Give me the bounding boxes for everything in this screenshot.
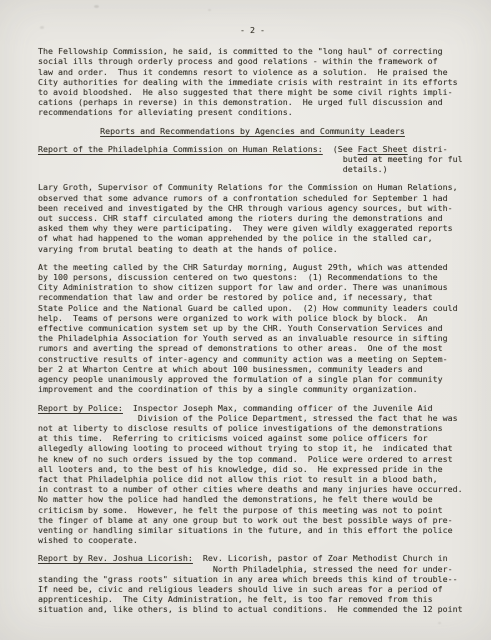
document-page: - 2 - The Fellowship Commission, he said…	[0, 0, 491, 640]
reports-section-heading: Reports and Recommendations by Agencies …	[38, 126, 467, 136]
text-line: not at liberty to disclose results of po…	[38, 423, 467, 433]
text-segment: recommendations for alleviating present …	[38, 107, 293, 117]
text-line: constructive results of inter-agency and…	[38, 354, 467, 364]
text-line: Lary Groth, Supervisor of Community Rela…	[38, 182, 467, 192]
text-segment: all looters and, to the best of his know…	[38, 464, 443, 474]
text-line: Report of the Philadelphia Commission on…	[38, 144, 467, 154]
text-segment: effective communication system set up by…	[38, 323, 443, 333]
text-line: apprenticeship. The City Administration,…	[38, 594, 467, 604]
text-line: social ills through orderly process and …	[38, 56, 467, 66]
text-segment: details.)	[38, 164, 388, 174]
text-segment: criticism by some. However, he felt the …	[38, 505, 443, 515]
text-line: by 100 persons, discussion centered on t…	[38, 272, 467, 282]
text-line: varying from brutal beating to death at …	[38, 244, 467, 254]
fellowship-commission-paragraph: The Fellowship Commission, he said, is c…	[38, 46, 467, 117]
text-segment: The Fellowship Commission, he said, is c…	[38, 46, 443, 56]
text-line: at this time. Referring to criticisms vo…	[38, 433, 467, 443]
text-segment: City Administration to show citizen supp…	[38, 282, 448, 292]
underlined-text-segment: Report by Rev. Joshua Licorish:	[38, 553, 193, 563]
report-by-rev-licorish-paragraph: Report by Rev. Joshua Licorish: Rev. Lic…	[38, 553, 467, 614]
text-segment: constructive results of inter-agency and…	[38, 354, 448, 364]
text-line: to avoid bloodshed. He also suggested th…	[38, 87, 467, 97]
text-segment: observed that some advance rumors of a c…	[38, 193, 448, 203]
text-segment: the finger of blame at any one group but…	[38, 515, 453, 525]
text-line: Report by Police: Inspector Joseph Max, …	[38, 403, 467, 413]
text-segment: ber 2 at Wharton Centre at which about 1…	[38, 364, 423, 374]
text-segment: help. Teams of persons were organized to…	[38, 313, 428, 323]
text-line: At the meeting called by the CHR Saturda…	[38, 262, 467, 272]
scan-speck	[208, 9, 211, 11]
text-segment: of what had happened to the woman appreh…	[38, 233, 433, 243]
text-line: allegedly allowing looting to proceed wi…	[38, 443, 467, 453]
text-segment: situation and, like others, is blind to …	[38, 604, 463, 614]
text-segment: Inspector Joseph Max, commanding officer…	[123, 403, 433, 413]
text-line: he knew of no such orders issued by the …	[38, 454, 467, 464]
underlined-text-segment: Report of the Philadelphia Commission on…	[38, 144, 323, 154]
underlined-text-segment: Report by Police:	[38, 403, 123, 413]
report-chr-heading: Report of the Philadelphia Commission on…	[38, 144, 467, 175]
text-line: venting or handling similar situations i…	[38, 525, 467, 535]
text-segment: varying from brutal beating to death at …	[38, 244, 338, 254]
text-line: City Administration to show citizen supp…	[38, 282, 467, 292]
text-line: buted at meeting for ful	[38, 154, 467, 164]
text-segment: been received and investigated by the CH…	[38, 203, 453, 213]
text-line: of what had happened to the woman appreh…	[38, 233, 467, 243]
text-line: Reports and Recommendations by Agencies …	[38, 126, 467, 136]
text-segment: Division of the Police Department, stres…	[38, 413, 458, 423]
text-segment: At the meeting called by the CHR Saturda…	[38, 262, 448, 272]
text-line: cations (perhaps in reverse) in this dem…	[38, 97, 467, 107]
text-line: standing the "grass roots" situation in …	[38, 574, 467, 584]
text-segment: North Philadelphia, stressed the need fo…	[38, 564, 453, 574]
text-line: No matter how the police had handled the…	[38, 494, 467, 504]
text-segment: improvement and the coordination of this…	[38, 384, 418, 394]
text-line: State Police and the National Guard be c…	[38, 303, 467, 313]
text-line: in contrast to a number of other cities …	[38, 484, 467, 494]
report-by-police-paragraph: Report by Police: Inspector Joseph Max, …	[38, 403, 467, 546]
text-segment: out success. CHR staff circulated among …	[38, 213, 443, 223]
text-line: fact that Philadelphia police did not al…	[38, 474, 467, 484]
text-line: details.)	[38, 164, 467, 174]
text-segment: in contrast to a number of other cities …	[38, 484, 463, 494]
text-line: the Philadelphia Association for Youth s…	[38, 333, 467, 343]
underlined-text-segment: Fact Sheet	[358, 144, 408, 154]
text-line: all looters and, to the best of his know…	[38, 464, 467, 474]
text-line: agency people unanimously approved the f…	[38, 374, 467, 384]
text-line: been received and investigated by the CH…	[38, 203, 467, 213]
text-line: asked them why they were participating. …	[38, 223, 467, 233]
text-segment: at this time. Referring to criticisms vo…	[38, 433, 428, 443]
underlined-text-segment: Reports and Recommendations by Agencies …	[100, 126, 405, 136]
text-segment: not at liberty to disclose results of po…	[38, 423, 443, 433]
text-segment: Lary Groth, Supervisor of Community Rela…	[38, 182, 458, 192]
text-segment: allegedly allowing looting to proceed wi…	[38, 443, 453, 453]
text-segment: cations (perhaps in reverse) in this dem…	[38, 97, 443, 107]
text-line: recommendation that law and order be res…	[38, 292, 467, 302]
text-segment: Rev. Licorish, pastor of Zoar Methodist …	[193, 553, 448, 563]
text-segment: City authorities for dealing with the im…	[38, 77, 458, 87]
text-segment: standing the "grass roots" situation in …	[38, 574, 458, 584]
document-body: The Fellowship Commission, he said, is c…	[38, 46, 467, 614]
text-segment: the Philadelphia Association for Youth s…	[38, 333, 448, 343]
document-text-flow: - 2 - The Fellowship Commission, he said…	[38, 25, 467, 623]
text-line: improvement and the coordination of this…	[38, 384, 467, 394]
text-line: wished to cooperate.	[38, 535, 467, 545]
lary-groth-paragraph: Lary Groth, Supervisor of Community Rela…	[38, 182, 467, 253]
chr-meeting-paragraph: At the meeting called by the CHR Saturda…	[38, 262, 467, 395]
scan-speck	[94, 5, 99, 8]
text-segment: recommendation that law and order be res…	[38, 292, 433, 302]
text-line: observed that some advance rumors of a c…	[38, 193, 467, 203]
text-line: effective communication system set up by…	[38, 323, 467, 333]
text-segment: social ills through orderly process and …	[38, 56, 438, 66]
text-segment: buted at meeting for ful	[38, 154, 463, 164]
text-line: the finger of blame at any one group but…	[38, 515, 467, 525]
text-segment: venting or handling similar situations i…	[38, 525, 453, 535]
text-segment: law and order. Thus it condemns resort t…	[38, 67, 448, 77]
text-segment: apprenticeship. The City Administration,…	[38, 594, 433, 604]
text-line: criticism by some. However, he felt the …	[38, 505, 467, 515]
text-segment: wished to cooperate.	[38, 535, 138, 545]
text-line: Division of the Police Department, stres…	[38, 413, 467, 423]
text-segment: State Police and the National Guard be c…	[38, 303, 458, 313]
text-segment: fact that Philadelphia police did not al…	[38, 474, 438, 484]
text-segment: by 100 persons, discussion centered on t…	[38, 272, 438, 282]
text-line: The Fellowship Commission, he said, is c…	[38, 46, 467, 56]
text-line: If need be, civic and religious leaders …	[38, 584, 467, 594]
text-segment: rumors and averting the spread of demons…	[38, 343, 443, 353]
text-line: Report by Rev. Joshua Licorish: Rev. Lic…	[38, 553, 467, 563]
text-line: rumors and averting the spread of demons…	[38, 343, 467, 353]
text-line: help. Teams of persons were organized to…	[38, 313, 467, 323]
page-number: - 2 -	[38, 25, 467, 35]
text-line: City authorities for dealing with the im…	[38, 77, 467, 87]
text-segment: No matter how the police had handled the…	[38, 494, 433, 504]
text-line: North Philadelphia, stressed the need fo…	[38, 564, 467, 574]
text-segment: asked them why they were participating. …	[38, 223, 453, 233]
text-segment: (See	[323, 144, 358, 154]
text-segment: to avoid bloodshed. He also suggested th…	[38, 87, 453, 97]
text-line: situation and, like others, is blind to …	[38, 604, 467, 614]
text-line: ber 2 at Wharton Centre at which about 1…	[38, 364, 467, 374]
text-line: out success. CHR staff circulated among …	[38, 213, 467, 223]
text-line: law and order. Thus it condemns resort t…	[38, 67, 467, 77]
text-segment: If need be, civic and religious leaders …	[38, 584, 443, 594]
text-segment: distri-	[408, 144, 448, 154]
text-segment: he knew of no such orders issued by the …	[38, 454, 453, 464]
text-segment: agency people unanimously approved the f…	[38, 374, 443, 384]
text-line: recommendations for alleviating present …	[38, 107, 467, 117]
